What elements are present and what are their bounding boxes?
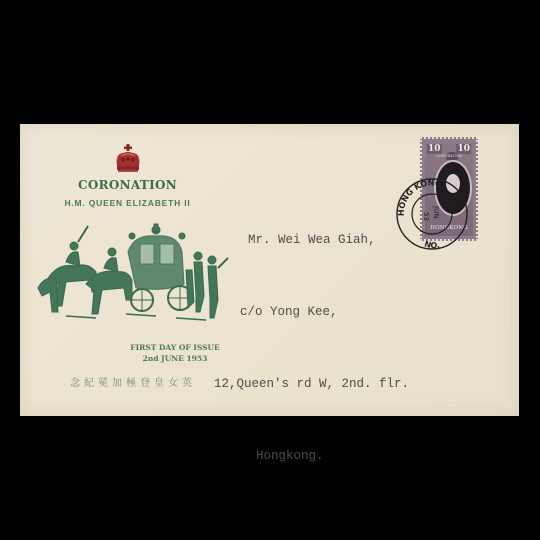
- cachet-title: CORONATION: [60, 178, 195, 192]
- issue-date: 2nd JUNE 1953: [120, 353, 230, 364]
- address-line-street: 12,Queen's rd W, 2nd. flr.: [214, 372, 409, 396]
- first-day-label: FIRST DAY OF ISSUE: [120, 342, 230, 353]
- cachet-subtitle: H.M. QUEEN ELIZABETH II: [60, 198, 195, 208]
- svg-text:NO.: NO.: [423, 239, 440, 250]
- stamp-value-right: 10: [456, 144, 471, 154]
- postmark-month: JUN: [432, 205, 440, 218]
- address-line-name: Mr. Wei Wea Giah,: [248, 228, 409, 252]
- postmark-number: NO.: [423, 239, 440, 250]
- postmark-year: 53: [422, 212, 430, 221]
- state-coach-illustration: [36, 222, 236, 330]
- crown-icon: [115, 144, 141, 174]
- canvas: CORONATION H.M. QUEEN ELIZABETH II: [0, 0, 540, 540]
- stamp-value-left: 10: [427, 144, 442, 154]
- chinese-inscription: 念紀冕加極登皇女英: [70, 374, 195, 389]
- address-line-city: Hongkong.: [256, 444, 409, 468]
- recipient-address: Mr. Wei Wea Giah, c/o Yong Kee, 12,Queen…: [248, 180, 409, 516]
- postmark-cancel: HONG KONG NO. 53 JUN: [394, 176, 470, 252]
- stamp-top-label: CORONATION: [425, 154, 473, 158]
- first-day-of-issue: FIRST DAY OF ISSUE 2nd JUNE 1953: [120, 342, 230, 364]
- address-line-care-of: c/o Yong Kee,: [240, 300, 409, 324]
